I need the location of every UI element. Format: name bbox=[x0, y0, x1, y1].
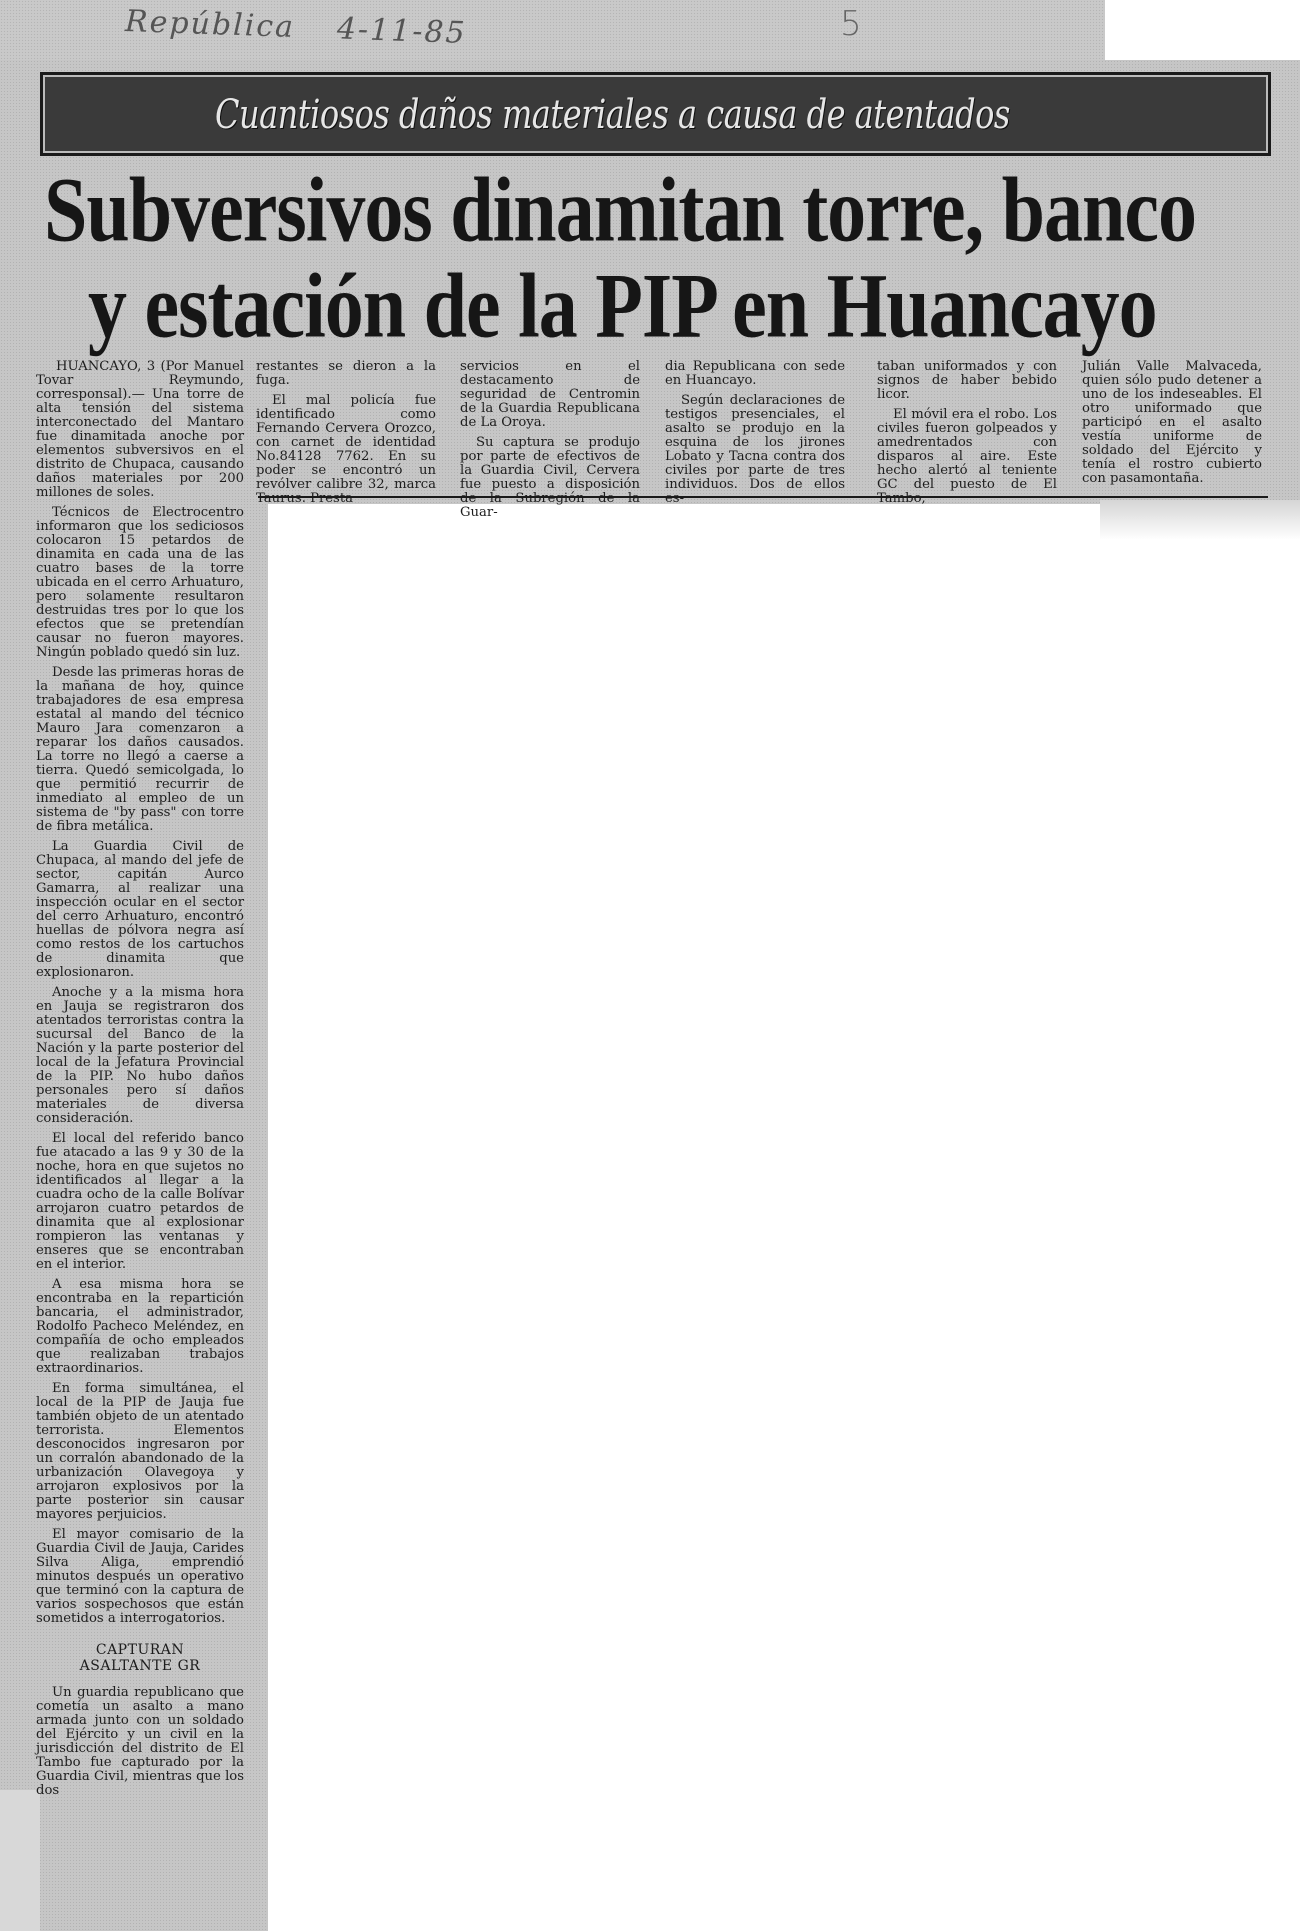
paragraph: En forma simultánea, el local de la PIP … bbox=[36, 1382, 244, 1522]
bottom-rule bbox=[258, 496, 1268, 498]
article-column-3: servicios en el destacamento de segurida… bbox=[460, 360, 640, 526]
paragraph: El mayor comisario de la Guardia Civil d… bbox=[36, 1528, 244, 1626]
clipping-paper-torn-edge bbox=[1100, 500, 1300, 540]
article-column-5: taban uniformados y con signos de haber … bbox=[877, 360, 1057, 512]
handwritten-date: 4-11-85 bbox=[336, 11, 467, 51]
subheading-line-1: CAPTURAN bbox=[36, 1642, 244, 1658]
article-column-6: Julián Valle Malvaceda, quien sólo pudo … bbox=[1082, 360, 1262, 492]
subheading-line-2: ASALTANTE GR bbox=[36, 1658, 244, 1674]
paragraph: dia Republicana con sede en Huancayo. bbox=[665, 360, 845, 388]
article-column-2: restantes se dieron a la fuga. El mal po… bbox=[256, 360, 436, 512]
headline-line-1: Subversivos dinamitan torre, banco bbox=[44, 158, 1280, 262]
paragraph: taban uniformados y con signos de haber … bbox=[877, 360, 1057, 402]
paragraph: La Guardia Civil de Chupaca, al mando de… bbox=[36, 840, 244, 980]
kicker-text: Cuantiosos daños materiales a causa de a… bbox=[215, 90, 1010, 138]
headline-line-2: y estación de la PIP en Huancayo bbox=[88, 254, 1280, 358]
paragraph: El local del referido banco fue atacado … bbox=[36, 1132, 244, 1272]
handwritten-source: República bbox=[124, 4, 295, 45]
article-column-4: dia Republicana con sede en Huancayo. Se… bbox=[665, 360, 845, 512]
clipping-paper-edge bbox=[0, 1790, 40, 1931]
paragraph: El mal policía fue identificado como Fer… bbox=[256, 394, 436, 506]
subheading: CAPTURAN ASALTANTE GR bbox=[36, 1642, 244, 1674]
paragraph: restantes se dieron a la fuga. bbox=[256, 360, 436, 388]
paragraph: servicios en el destacamento de segurida… bbox=[460, 360, 640, 430]
headline: Subversivos dinamitan torre, banco y est… bbox=[40, 158, 1280, 342]
paragraph: Anoche y a la misma hora en Jauja se reg… bbox=[36, 986, 244, 1126]
paragraph: A esa misma hora se encontraba en la rep… bbox=[36, 1278, 244, 1376]
page-number: 5 bbox=[840, 4, 862, 44]
paragraph: Julián Valle Malvaceda, quien sólo pudo … bbox=[1082, 360, 1262, 486]
paragraph: Un guardia republicano que cometía un as… bbox=[36, 1686, 244, 1798]
article-column-1: HUANCAYO, 3 (Por Manuel Tovar Reymundo, … bbox=[36, 360, 244, 1804]
paragraph: Su captura se produjo por parte de efect… bbox=[460, 436, 640, 520]
kicker-banner: Cuantiosos daños materiales a causa de a… bbox=[40, 72, 1271, 156]
paragraph: HUANCAYO, 3 (Por Manuel Tovar Reymundo, … bbox=[36, 360, 244, 500]
paragraph: Según declaraciones de testigos presenci… bbox=[665, 394, 845, 506]
paragraph: Técnicos de Electrocentro informaron que… bbox=[36, 506, 244, 660]
paragraph: El móvil era el robo. Los civiles fueron… bbox=[877, 408, 1057, 506]
paragraph: Desde las primeras horas de la mañana de… bbox=[36, 666, 244, 834]
